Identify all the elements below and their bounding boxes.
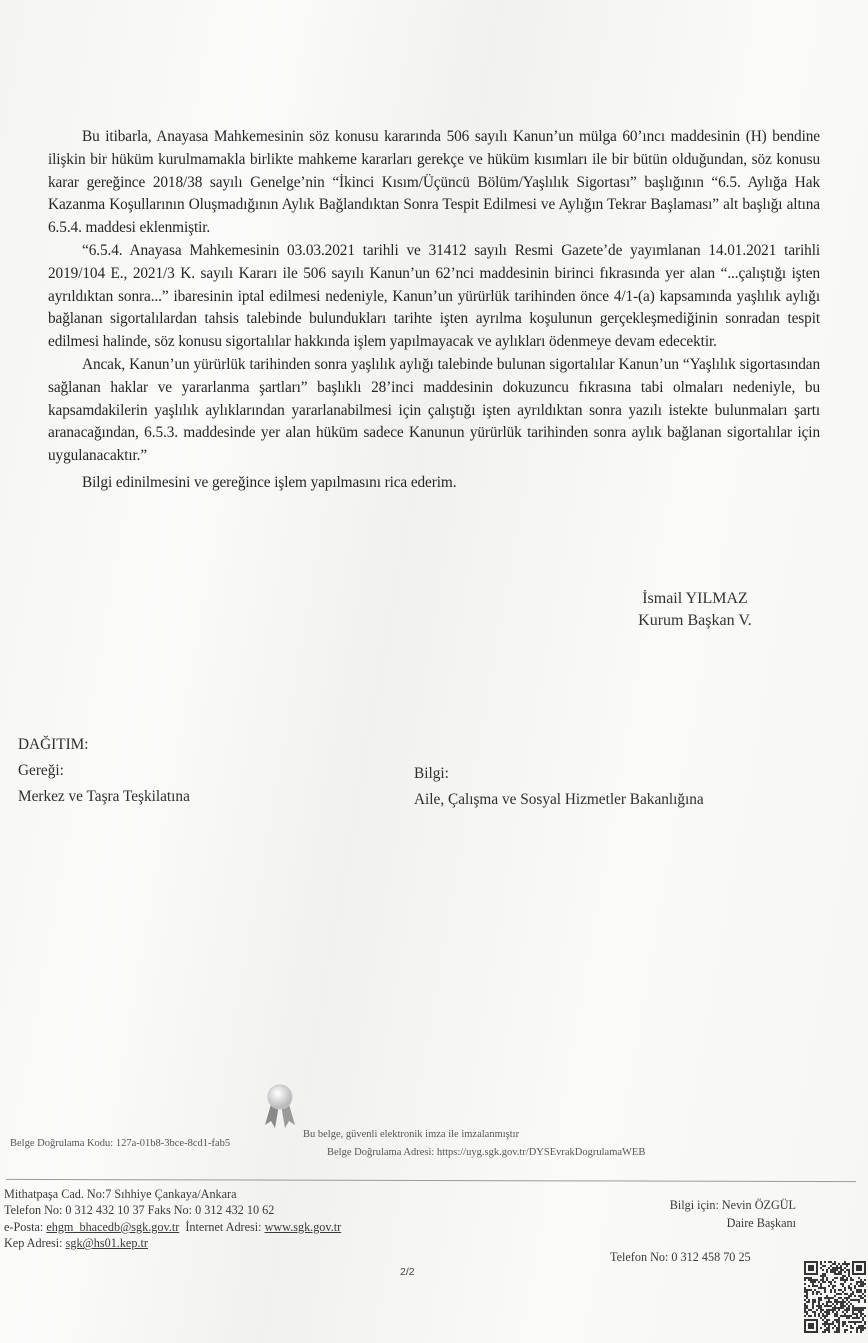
web-label: İnternet Adresi: bbox=[185, 1220, 261, 1234]
signatory-title: Kurum Başkan V. bbox=[600, 610, 790, 632]
contact-title: Daire Başkanı bbox=[670, 1214, 796, 1232]
kep-label: Kep Adresi: bbox=[4, 1236, 63, 1250]
footer-contact: Mithatpaşa Cad. No:7 Sıhhiye Çankaya/Ank… bbox=[4, 1186, 341, 1252]
distribution-block: DAĞITIM: Gereği: Merkez ve Taşra Teşkila… bbox=[18, 732, 190, 810]
paragraph-1: Bu itibarla, Anayasa Mahkemesinin söz ko… bbox=[48, 126, 820, 240]
signed-note: Bu belge, güvenli elektronik imza ile im… bbox=[303, 1129, 519, 1140]
closing-sentence: Bilgi edinilmesini ve gereğince işlem ya… bbox=[48, 472, 820, 495]
signature-block: İsmail YILMAZ Kurum Başkan V. bbox=[600, 588, 790, 632]
footer-kep: Kep Adresi: sgk@hs01.kep.tr bbox=[4, 1235, 341, 1251]
paragraph-2: “6.5.4. Anayasa Mahkemesinin 03.03.2021 … bbox=[48, 240, 820, 354]
qr-code-icon bbox=[804, 1261, 866, 1333]
contact-phone: Telefon No: 0 312 458 70 25 bbox=[610, 1250, 751, 1265]
page-number: 2/2 bbox=[400, 1266, 415, 1278]
paragraph-3: Ancak, Kanun’un yürürlük tarihinden sonr… bbox=[48, 354, 820, 468]
contact-person: Bilgi için: Nevin ÖZGÜL bbox=[670, 1196, 796, 1214]
info-recipient: Aile, Çalışma ve Sosyal Hizmetler Bakanl… bbox=[414, 787, 704, 813]
footer-email-web: e-Posta: ehgm_bhacedb@sgk.gov.tr İnterne… bbox=[4, 1219, 341, 1235]
footer-address: Mithatpaşa Cad. No:7 Sıhhiye Çankaya/Ank… bbox=[4, 1186, 341, 1202]
footer-phone-fax: Telefon No: 0 312 432 10 37 Faks No: 0 3… bbox=[4, 1202, 341, 1218]
info-label: Bilgi: bbox=[414, 761, 704, 787]
email-label: e-Posta: bbox=[4, 1220, 43, 1234]
action-label: Gereği: bbox=[18, 758, 190, 784]
e-signature-seal-icon bbox=[262, 1083, 298, 1131]
verification-address[interactable]: Belge Doğrulama Adresi: https://uyg.sgk.… bbox=[303, 1144, 645, 1162]
contact-person-block: Bilgi için: Nevin ÖZGÜL Daire Başkanı bbox=[670, 1196, 796, 1232]
verification-code: Belge Doğrulama Kodu: 127a-01b8-3bce-8cd… bbox=[10, 1138, 230, 1149]
action-recipient: Merkez ve Taşra Teşkilatına bbox=[18, 784, 190, 810]
email-link[interactable]: ehgm_bhacedb@sgk.gov.tr bbox=[46, 1220, 179, 1234]
letter-body: Bu itibarla, Anayasa Mahkemesinin söz ko… bbox=[48, 126, 820, 495]
distribution-heading: DAĞITIM: bbox=[18, 732, 190, 758]
kep-link[interactable]: sgk@hs01.kep.tr bbox=[66, 1236, 148, 1250]
verification-note: Bu belge, güvenli elektronik imza ile im… bbox=[303, 1126, 645, 1162]
web-link[interactable]: www.sgk.gov.tr bbox=[265, 1220, 342, 1234]
footer-divider bbox=[6, 1179, 856, 1182]
signatory-name: İsmail YILMAZ bbox=[600, 588, 790, 610]
info-block: Bilgi: Aile, Çalışma ve Sosyal Hizmetler… bbox=[414, 761, 704, 813]
